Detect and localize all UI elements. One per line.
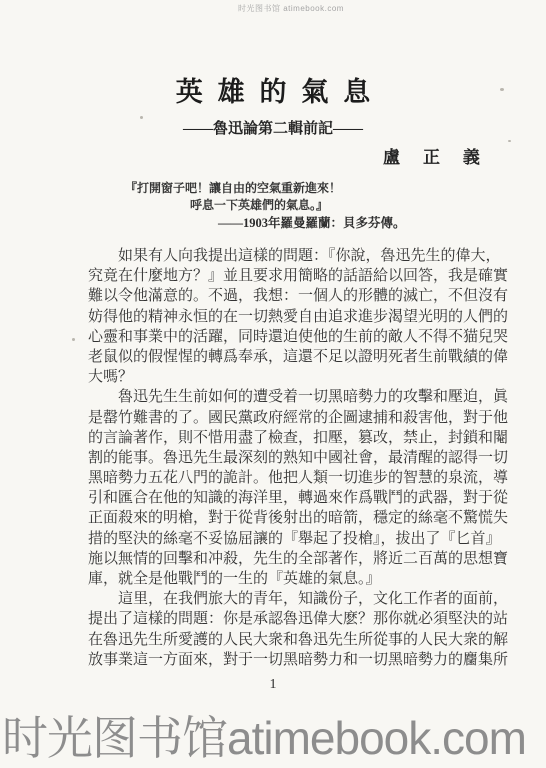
body-line: 如果有人向我提出這樣的問題：『你說，魯迅先生的偉大， [88, 246, 468, 266]
page-number: 1 [0, 677, 546, 693]
body-line: 是罄竹難書的了。國民黨政府經常的企圖逮捕和殺害他，對于他 [88, 408, 468, 428]
body-line: 黑暗勢力五花八門的詭計。他把人類一切進步的智慧的泉流，導 [88, 468, 468, 488]
body-line: 正面殺來的明槍，對于從背後射出的暗箭，穩定的絲毫不驚慌失 [88, 508, 468, 528]
body-line: 引和匯合在他的知識的海洋里，轉過來作爲戰鬥的武器，對于從 [88, 488, 468, 508]
body-line: 大嗎？ [88, 367, 468, 387]
body-line: 心靈和事業中的活躍，同時還迫使他的生前的敵人不得不猫兒哭 [88, 327, 468, 347]
body-line: 這里，在我們旅大的青年，知識份子，文化工作者的面前， [88, 589, 468, 609]
body-line: 的言論著作，則不惜用盡了檢查，扣壓，篡改，禁止，封鎖和閹 [88, 428, 468, 448]
body-line: 措的堅決的絲毫不妥協屈讓的『舉起了投槍』，拔出了『匕首』 [88, 529, 468, 549]
scan-speck [500, 88, 504, 91]
bottom-watermark: 时光图书馆atimebook.com [2, 702, 526, 768]
epigraph-attribution: ——1903年羅曼羅蘭：貝多芬傳。 [218, 213, 406, 231]
scanned-book-page: 时光图书馆 atimebook.com 英雄的氣息 ——魯迅論第二輯前記—— 盧… [0, 0, 546, 768]
body-line: 魯迅先生生前如何的遭受着一切黑暗勢力的攻擊和壓迫，眞 [88, 387, 468, 407]
top-watermark: 时光图书馆 atimebook.com [238, 3, 344, 14]
author-name: 盧正義 [383, 143, 503, 168]
body-line: 究竟在什麼地方？』並且要求用簡略的話語給以回答，我是確實 [88, 266, 468, 286]
body-line: 在魯迅先生所愛護的人民大衆和魯迅先生所從事的人民大衆的解 [88, 630, 468, 650]
body-line: 提出了這樣的問題：你是承認魯迅偉大麽？那你就必須堅決的站 [88, 609, 468, 629]
body-line: 老鼠似的假惺惺的轉爲奉承，這還不足以證明死者生前戰績的偉 [88, 347, 468, 367]
body-line: 施以無情的回擊和冲殺，先生的全部著作，將近二百萬的思想寶 [88, 549, 468, 569]
scan-speck [72, 338, 75, 341]
article-subtitle: ——魯迅論第二輯前記—— [0, 117, 546, 138]
body-line: 妨得他的精神永恒的在一切熱愛自由追求進步渴望光明的人們的 [88, 307, 468, 327]
scan-speck [140, 116, 143, 119]
epigraph-line-1: 『打開窗子吧！讓自由的空氣重新進來！ [125, 179, 341, 196]
page-title: 英雄的氣息 [0, 70, 546, 109]
body-line: 庫，就全是他戰鬥的一生的『英雄的氣息。』 [88, 569, 468, 589]
body-line: 難以令他滿意的。不過，我想：一個人的形體的滅亡，不但沒有 [88, 286, 468, 306]
body-text: 如果有人向我提出這樣的問題：『你說，魯迅先生的偉大， 究竟在什麼地方？』並且要求… [88, 246, 468, 670]
epigraph-line-2: 呼息一下英雄們的氣息。』 [190, 196, 328, 213]
body-line: 放事業這一方面來，對于一切黑暗勢力和一切黑暗勢力的麕集所 [88, 650, 468, 670]
scan-speck [508, 140, 511, 142]
body-line: 割的能事。魯迅先生最深刻的熟知中國社會，最清醒的認得一切 [88, 448, 468, 468]
